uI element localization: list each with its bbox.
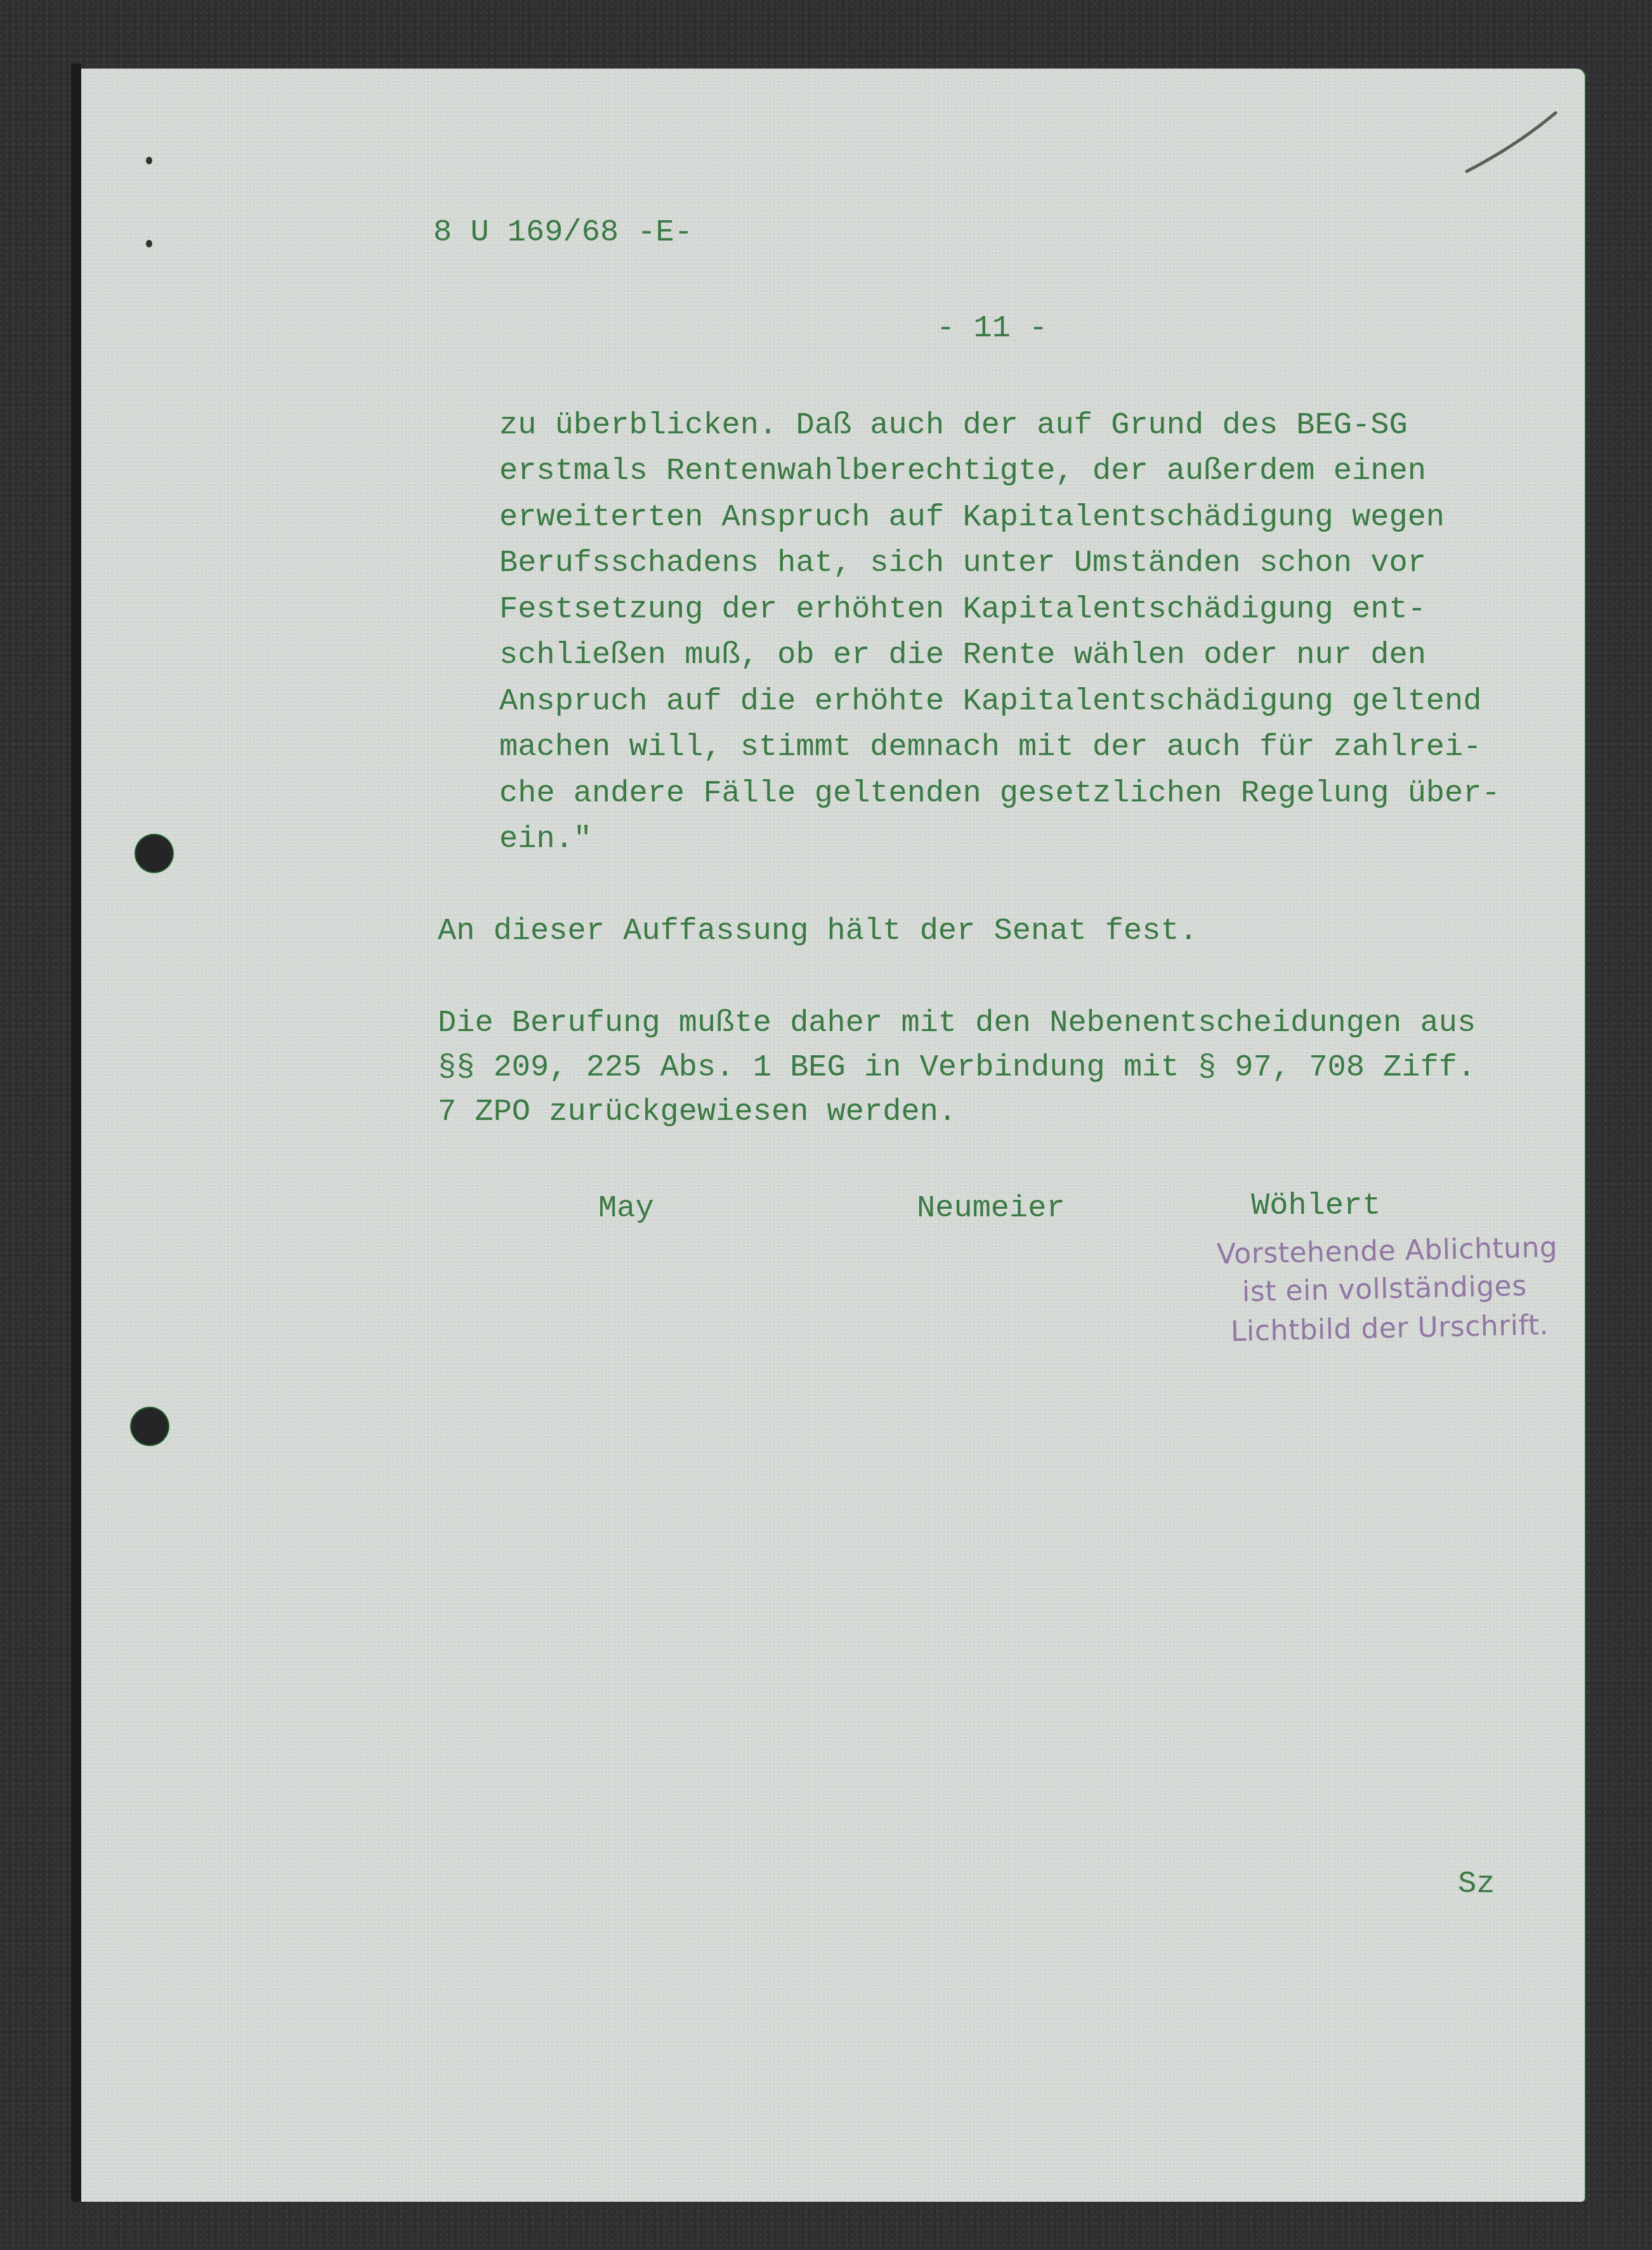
text-line: schließen muß, ob er die Rente wählen od…: [499, 640, 1426, 671]
binder-edge: [71, 63, 81, 2202]
text-line: Anspruch auf die erhöhte Kapitalentschäd…: [499, 686, 1482, 717]
page-number: - 11 -: [936, 313, 1047, 344]
signature-name: Neumeier: [917, 1193, 1065, 1224]
punch-hole-icon: [131, 1408, 168, 1445]
text-line: erstmals Rentenwahlberechtigte, der auße…: [499, 456, 1426, 487]
text-line: Berufsschadens hat, sich unter Umständen…: [499, 548, 1426, 579]
text-line: 7 ZPO zurückgewiesen werden.: [438, 1096, 957, 1128]
senate-statement: An dieser Auffassung hält der Senat fest…: [438, 916, 1198, 947]
typist-initials: Sz: [1458, 1869, 1495, 1900]
signature-name: Wöhlert: [1251, 1190, 1381, 1221]
text-line: ein.": [499, 824, 592, 855]
stamp-line: Vorstehende Ablichtung: [1217, 1234, 1558, 1268]
signature-name: May: [598, 1193, 654, 1224]
text-line: machen will, stimmt demnach mit der auch…: [499, 732, 1482, 763]
text-line: Festsetzung der erhöhten Kapitalentschäd…: [499, 594, 1426, 625]
text-line: erweiterten Anspruch auf Kapitalentschäd…: [499, 502, 1445, 533]
margin-dot: [146, 240, 152, 247]
text-line: zu überblicken. Daß auch der auf Grund d…: [499, 410, 1408, 441]
pen-mark-icon: [1459, 108, 1567, 178]
punch-hole-icon: [136, 835, 173, 872]
text-line: §§ 209, 225 Abs. 1 BEG in Verbindung mit…: [438, 1052, 1476, 1083]
stamp-line: ist ein vollständiges: [1242, 1272, 1527, 1306]
stamp-line: Lichtbild der Urschrift.: [1231, 1312, 1549, 1346]
document-page: [81, 69, 1586, 2202]
text-line: Die Berufung mußte daher mit den Nebenen…: [438, 1008, 1476, 1039]
text-line: che andere Fälle geltenden gesetzlichen …: [499, 778, 1500, 809]
margin-dot: [146, 157, 152, 164]
case-number: 8 U 169/68 -E-: [433, 217, 693, 248]
